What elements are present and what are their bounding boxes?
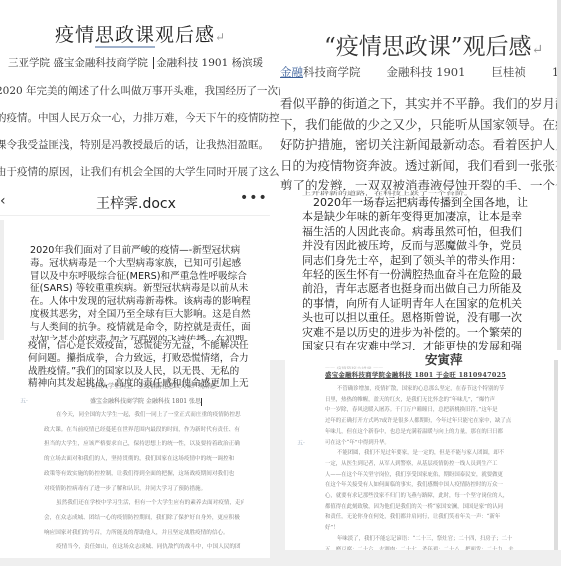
body-line: 何问题。攥指成拳，合力致远，打败恐慌情绪，合力 <box>28 353 249 366</box>
byline-class-name: 金融科技 1901 杨滨瑗 <box>156 57 263 69</box>
body-line: 2020年我们面对了目前严峻的疫情—-新型冠状病 <box>30 245 230 258</box>
body-line: 的立场去面对和我们的人，坚持贯彻的，我们国家在这场疫情中的统一调控和 <box>44 452 244 467</box>
body-line: 好”！ <box>325 523 520 534</box>
body-line-cut: 上开辟新的道路，在科技上跃了一个台阶。 <box>302 190 528 193</box>
body-line: 过年的正确打开方式吗?或许是很多人都期盼，今年过年只能宅在家中，缺了点 <box>325 416 520 427</box>
body-line: 战胜疫情。”我们的国家以及人民，以无畏、无私的 <box>28 366 249 379</box>
doc-panel-top-right: “疫情思政课”观后感↵ 金融科技商学院金融科技 1901巨桂祯1910 看似平静… <box>280 0 561 190</box>
author-byline: 盛宝金融科技商学院 金融科技 1801 张思 <box>90 396 202 406</box>
body-line: 并没有因此被压垮，反而与恶魔做斗争，党员 <box>302 239 528 253</box>
phone-doc-viewer: ‹ 王梓霁.docx ••• 2020年我们面对了目前严峻的疫情—-新型冠状病 … <box>0 190 280 360</box>
title-prefix: 疫情 <box>55 24 95 46</box>
spellcheck-underlined-text: 思政课 <box>95 24 155 48</box>
doc-panel-bottom-left: 疫情，信心是长效疫苗，恐慌徒劳无益，不能解决任 何问题。攥指成拳，合力致远，打败… <box>0 340 270 558</box>
scrollbar[interactable] <box>557 0 561 190</box>
paragraph-mark-icon: ↵ <box>532 42 544 58</box>
doc-panel-top-left: 疫情思政课观后感↵ 三亚学院 盛宝金融科技商学院 金融科技 1901 杨滨瑗 2… <box>0 0 280 190</box>
body-line: 在今天，同全国的大学生一起，我们一同上了一堂正式而庄重的疫情防控思 <box>44 408 244 423</box>
body-line: 前沿，青年志愿者也挺身而出做自己力所能及 <box>302 282 528 296</box>
body-line: 人——在这个年关坚守岗位，我们享受国家庇佑，期盼国泰民安，就要做更 <box>325 470 520 481</box>
body-line: 度极其恶劣，对全国乃至全球有巨大影响。这是自然 <box>30 309 230 322</box>
body-line: 不能团圆，我们不见过年要家，是一定的，但是不能与家人团圆，却不 <box>325 448 520 459</box>
body-line: 政策等有效实施的防控控制，让我们得到全面的把握，这场战疫期间对我们也 <box>44 467 244 482</box>
body-line: 在。人体中发现的冠状病毒新毒株。该病毒的影响程 <box>30 296 230 309</box>
byline-school: 三亚学院 盛宝金融科技商学院 <box>8 57 151 69</box>
body-line: 同志们身先士卒，起到了领头羊的带头作用： <box>302 254 528 268</box>
title-text: “疫情思政课”观后感 <box>324 34 532 60</box>
author-byline: 盛宝金融科技商学院金融科技 1801 于金旺 1810947025 <box>325 370 506 379</box>
body-line: 日里，热热的帷幄，盈天的红火，是我们无比怀念的“年味儿”，“爆竹声 <box>325 395 520 406</box>
list-marker: 五· <box>297 438 305 447</box>
doc-title: 《全国大学生同上一堂疫情防控思政大课》观后感 <box>84 381 216 390</box>
background-gap <box>0 558 561 566</box>
author-byline: 金融科技商学院金融科技 1901巨桂祯1910 <box>280 64 561 80</box>
body-line: 日的为疫情物资奔波。透过新闻，我们看到一张张布满 <box>280 156 561 177</box>
body-line: 不管确诊增加，疫情扩散，国家的心总那么坚定，在春节这个特别的节 <box>325 384 520 395</box>
body-line: 头也可以担以重任。恩格斯曾说，没有哪一次 <box>302 311 528 325</box>
back-chevron-icon[interactable]: ‹ <box>0 193 6 209</box>
body-line: 可在这个“年”中得到升华。 <box>325 438 520 449</box>
author-byline: 三亚学院 盛宝金融科技商学院 金融科技 1901 杨滨瑗 <box>8 55 263 70</box>
cut-line: —— 疫情防控大讲堂 —— <box>325 366 383 370</box>
byline-link: 金融 <box>280 65 303 79</box>
scrollbar[interactable] <box>557 190 561 360</box>
doc-body: 不管确诊增加，疫情扩散，国家的心总那么坚定，在春节这个特别的节 日里，热热的帷幄… <box>325 384 520 550</box>
doc-panel-middle-right: 上开辟新的道路，在科技上跃了一个台阶。 2020年一场春运把病毒传播到全国各地，… <box>280 190 561 360</box>
body-line: 担当的大学生，应该严格要求自己，保持思想上的统一性，以及要持着政治正确 <box>44 437 244 452</box>
body-line: 看似平静的街道之下，其实并不平静。我们的岁月静好 <box>280 94 561 115</box>
body-line: 与人类间的抗争。疫情就是命令，防控就是责任，面 <box>30 322 230 335</box>
body-line: 一定，从医生到记者，从军人到警察，从基层疫情防控一线人员到生产工 <box>325 459 520 470</box>
body-line: 的事情，向所有人证明青年人在国家的危机关 <box>302 297 528 311</box>
body-line: 冒以及中东呼吸综合征(MERS)和严重急性呼吸综合 <box>30 271 230 284</box>
doc-body: 看似平静的街道之下，其实并不平静。我们的岁月静好 下，我们能做的少之又少，只能听… <box>280 94 561 190</box>
body-line: 在这个年关接受有人如何面临的事实，我们感慨中国人疫情防控时的万众一 <box>325 480 520 491</box>
text-cursor <box>201 398 202 406</box>
body-line: 年味淡了，我们不能忘记谚语：“二十三，祭灶官；二十四，扫房子；二十 <box>325 534 520 545</box>
doc-title: 疫情思政课观后感↵ <box>55 20 226 47</box>
body-line: 年轻的医生怀有一份满腔热血奋斗在危险的最 <box>302 268 528 282</box>
scrollbar[interactable] <box>554 360 558 550</box>
body-line: 下，我们能做的少之又少，只能听从国家领导。在疫情 <box>280 115 561 136</box>
body-line: 征(SARS) 等较重重疾病。新型冠状病毒是以前从未 <box>30 283 230 296</box>
body-line: 疫情当今，责任如山，在这场众志成城、同仇敌忾的战斗中，中国人民的团 <box>44 540 244 555</box>
paragraph-mark-icon: ↵ <box>215 30 226 44</box>
body-line: 虽然我们还在学校中学习生活，但有一个大学生应有的素养去面对疫情，走向社 <box>44 496 244 511</box>
body-line: 本是缺少年味的新年变得更加凄凉，让本是幸 <box>302 210 528 224</box>
body-line: 灾难不是以历史的进步为补偿的。一个繁荣的 <box>302 326 528 340</box>
body-line: 中一岁除，春风送暖入屠苏。千门万户曈曈日，总把新桃换旧符。”这年是 <box>325 405 520 416</box>
body-line: 都值得在此刻致敬，因为他们是我们的关一桥“家国安澜，国国是家”的认同 <box>325 502 520 513</box>
body-line: 的疫情。中国人民万众一心，力排万难，今天下午的疫情防控 <box>0 105 280 132</box>
text-cursor <box>153 57 154 69</box>
body-line: 疫情，信心是长效疫苗，恐慌徒劳无益，不能解决任 <box>28 340 249 353</box>
viewer-header: ‹ 王梓霁.docx ••• <box>0 190 270 216</box>
doc-body: 上开辟新的道路，在科技上跃了一个台阶。 2020年一场春运把病毒传播到全国各地，… <box>302 190 528 354</box>
body-line: 心，就要有求记那些没家不归门的飞燕与路障，此时，每一个坚守岗位的人， <box>325 491 520 502</box>
title-suffix: 观后感 <box>155 24 215 46</box>
body-line: 剪了的发辫，一双双被消毒液侵蚀开裂的手、一个个蜷 <box>280 176 561 190</box>
more-options-icon[interactable]: ••• <box>240 190 268 206</box>
byline-school: 科技商学院 <box>303 65 361 79</box>
body-line: 2020 年完美的阐述了什么叫做万事开头难，我国经历了一次前 <box>0 78 280 105</box>
file-name: 王梓霁.docx <box>96 193 176 213</box>
body-line: 对疫情防控病毒有了进一步了解和认识，并同大学习了预防措施。 <box>44 482 244 497</box>
body-line: 福生活的人因此丧命。病毒虽然可怕，但我们 <box>302 225 528 239</box>
body-line: 五，磨豆腐；二十六，去割肉；二十七，杀年鸡；二十八，把面发；二十九，去 <box>325 545 520 550</box>
list-marker: 五· <box>20 396 28 405</box>
author-name: 安寅萍 <box>425 350 463 368</box>
body-line: 政大课。在当前疫情已经蔓延在世界范围内最段的时间，作为新时代有责任、有 <box>44 423 244 438</box>
byline-class: 金融科技 1901 <box>387 65 466 79</box>
body-line: 课令我受益匪浅，特别是冯教授最后的话，让我热泪盈眶。 <box>0 132 280 159</box>
body-line: 年味儿，但在这个新春中，也总是充满着温暖与向上的力量，那在的曰日都 <box>325 427 520 438</box>
body-line: 和责任，无论你身在何处，我们都并肩同行，让我们笑看年关一声：“新年 <box>325 512 520 523</box>
body-line: 毒。冠状病毒是一个大型病毒家族，已知可引起感 <box>30 258 230 271</box>
doc-panel-bottom-right: 安寅萍 —— 疫情防控大讲堂 —— 盛宝金融科技商学院金融科技 1801 于金旺… <box>285 350 561 550</box>
doc-title: “疫情思政课”观后感↵ <box>324 28 543 61</box>
body-line: 会，在众志成城、团结一心的疫情防控期间，我们除了保护好自身外，更应积极 <box>44 511 244 526</box>
body-line: 响应国家对我们的号召，力所能及的帮助他人，并且坚定战胜疫情的信心。 <box>44 526 244 541</box>
body-line: 2020年一场春运把病毒传播到全国各地，让 <box>302 196 528 210</box>
doc-body: 2020 年完美的阐述了什么叫做万事开头难，我国经历了一次前 的疫情。中国人民万… <box>0 78 280 190</box>
byline-name: 巨桂祯 <box>491 65 526 79</box>
page-edge <box>0 220 4 360</box>
body-line: 由于疫情的原因，让我们有机会全国的大学生同时开展了这么 <box>0 159 280 186</box>
body-line: 好防护措施，密切关注新闻最新动态。看着医护人员穿 <box>280 135 561 156</box>
doc-body: 在今天，同全国的大学生一起，我们一同上了一堂正式而庄重的疫情防控思 政大课。在当… <box>44 408 244 555</box>
byline-text: 盛宝金融科技商学院 金融科技 1801 张思 <box>90 398 201 405</box>
